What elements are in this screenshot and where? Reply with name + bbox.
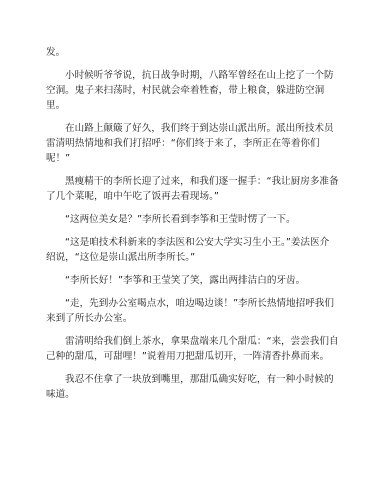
paragraph-4: 黑瘦精干的李所长迎了过来，和我们逐一握手：“我让厨房多准备 了几个菜呢，咱中午吃… [46, 174, 322, 204]
text-line: 呢！” [46, 151, 322, 166]
text-line: 黑瘦精干的李所长迎了过来，和我们逐一握手：“我让厨房多准备 [46, 174, 322, 189]
paragraph-2: 小时候听爷爷说，抗日战争时期，八路军曾经在山上挖了一个防 空洞。鬼子来扫荡时，村… [46, 68, 322, 113]
text-line: 味道。 [46, 387, 322, 402]
text-line: 雷清明热情地和我们打招呼：“你们终于来了，李所正在等着你们 [46, 136, 322, 151]
paragraph-1: 发。 [46, 45, 322, 60]
text-line: “这两位美女是？”李所长看到李筝和王莹时愣了一下。 [46, 212, 322, 227]
text-line: 了几个菜呢，咱中午吃了饭再去看现场。” [46, 189, 322, 204]
text-line: 我忍不住拿了一块放到嘴里，那甜瓜确实好吃，有一种小时候的 [46, 372, 322, 387]
text-line: 空洞。鬼子来扫荡时，村民就会牵着牲畜，带上粮食，躲进防空洞 [46, 83, 322, 98]
paragraph-7: “李所长好！”李筝和王莹笑了笑，露出两排洁白的牙齿。 [46, 273, 322, 288]
text-line: 小时候听爷爷说，抗日战争时期，八路军曾经在山上挖了一个防 [46, 68, 322, 83]
document-page: 发。 小时候听爷爷说，抗日战争时期，八路军曾经在山上挖了一个防 空洞。鬼子来扫荡… [46, 45, 322, 410]
text-line: “走，先到办公室喝点水，咱边喝边谈！”李所长热情地招呼我们 [46, 296, 322, 311]
text-line: 里。 [46, 98, 322, 113]
text-line: 来到了所长办公室。 [46, 311, 322, 326]
paragraph-10: 我忍不住拿了一块放到嘴里，那甜瓜确实好吃，有一种小时候的 味道。 [46, 372, 322, 402]
text-line: 己种的甜瓜，可甜哩！”说着用刀把甜瓜切开，一阵清香扑鼻而来。 [46, 349, 322, 364]
text-line: 发。 [46, 45, 322, 60]
text-line: 绍说，“这位是崇山派出所李所长。” [46, 250, 322, 265]
paragraph-8: “走，先到办公室喝点水，咱边喝边谈！”李所长热情地招呼我们 来到了所长办公室。 [46, 296, 322, 326]
text-line: “李所长好！”李筝和王莹笑了笑，露出两排洁白的牙齿。 [46, 273, 322, 288]
text-line: 在山路上颠簸了好久，我们终于到达崇山派出所。派出所技术员 [46, 121, 322, 136]
text-line: 雷清明给我们倒上茶水，拿果盘端来几个甜瓜：“来，尝尝我们自 [46, 334, 322, 349]
paragraph-9: 雷清明给我们倒上茶水，拿果盘端来几个甜瓜：“来，尝尝我们自 己种的甜瓜，可甜哩！… [46, 334, 322, 364]
paragraph-3: 在山路上颠簸了好久，我们终于到达崇山派出所。派出所技术员 雷清明热情地和我们打招… [46, 121, 322, 166]
text-line: “这是咱技术科新来的李法医和公安大学实习生小王。”姜法医介 [46, 235, 322, 250]
paragraph-5: “这两位美女是？”李所长看到李筝和王莹时愣了一下。 [46, 212, 322, 227]
paragraph-6: “这是咱技术科新来的李法医和公安大学实习生小王。”姜法医介 绍说，“这位是崇山派… [46, 235, 322, 265]
